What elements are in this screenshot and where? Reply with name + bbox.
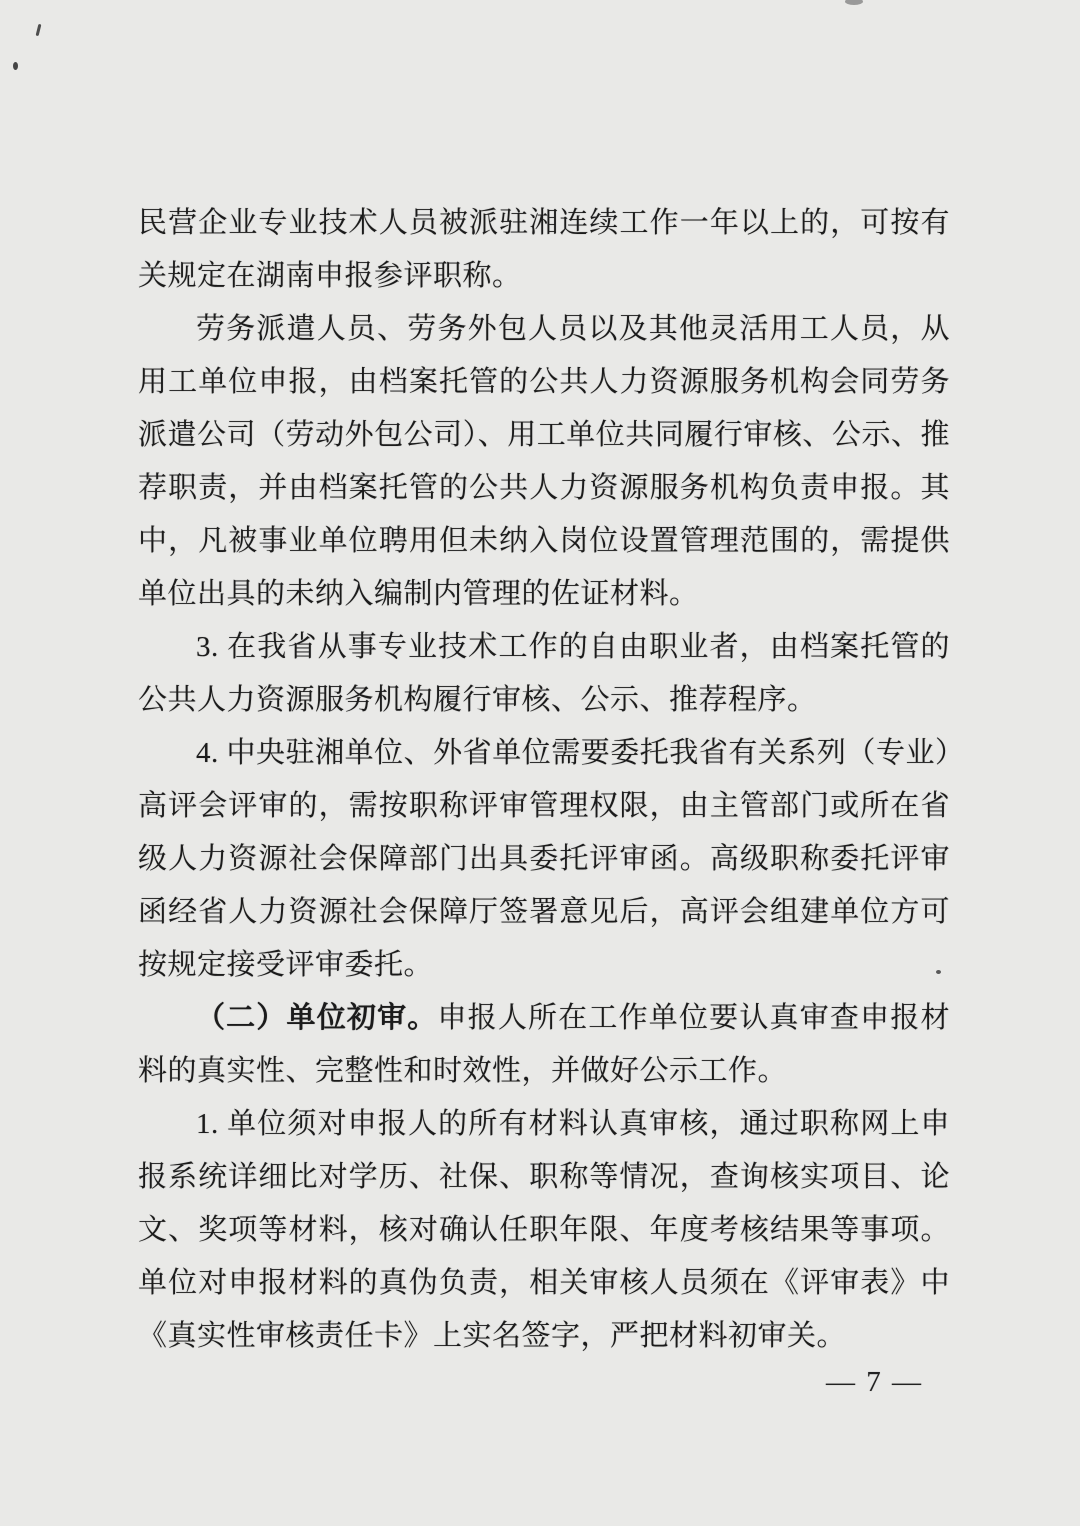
paragraph-item-3-freelancers: 3. 在我省从事专业技术工作的自由职业者，由档案托管的公共人力资源服务机构履行审…	[138, 621, 950, 727]
page-number: — 7 —	[826, 1366, 923, 1398]
paragraph-section-2-unit-preliminary-review: （二）单位初审。申报人所在工作单位要认真审查申报材料的真实性、完整性和时效性，并…	[138, 992, 950, 1098]
document-page: 民营企业专业技术人员被派驻湘连续工作一年以上的，可按有关规定在湖南申报参评职称。…	[0, 0, 1080, 1526]
document-body: 民营企业专业技术人员被派驻湘连续工作一年以上的，可按有关规定在湖南申报参评职称。…	[138, 197, 950, 1363]
paragraph-item-1-unit-verification: 1. 单位须对申报人的所有材料认真审核，通过职称网上申报系统详细比对学历、社保、…	[138, 1098, 950, 1363]
scan-speck	[36, 24, 42, 36]
scan-speck	[845, 0, 863, 5]
paragraph-labor-dispatch: 劳务派遣人员、劳务外包人员以及其他灵活用工人员，从用工单位申报，由档案托管的公共…	[138, 303, 950, 621]
scan-speck	[13, 62, 18, 70]
paragraph-continuation: 民营企业专业技术人员被派驻湘连续工作一年以上的，可按有关规定在湖南申报参评职称。	[138, 197, 950, 303]
section-heading-unit-preliminary-review: （二）单位初审。	[196, 1002, 438, 1034]
paragraph-item-4-entrusted-review: 4. 中央驻湘单位、外省单位需要委托我省有关系列（专业）高评会评审的，需按职称评…	[138, 727, 950, 992]
